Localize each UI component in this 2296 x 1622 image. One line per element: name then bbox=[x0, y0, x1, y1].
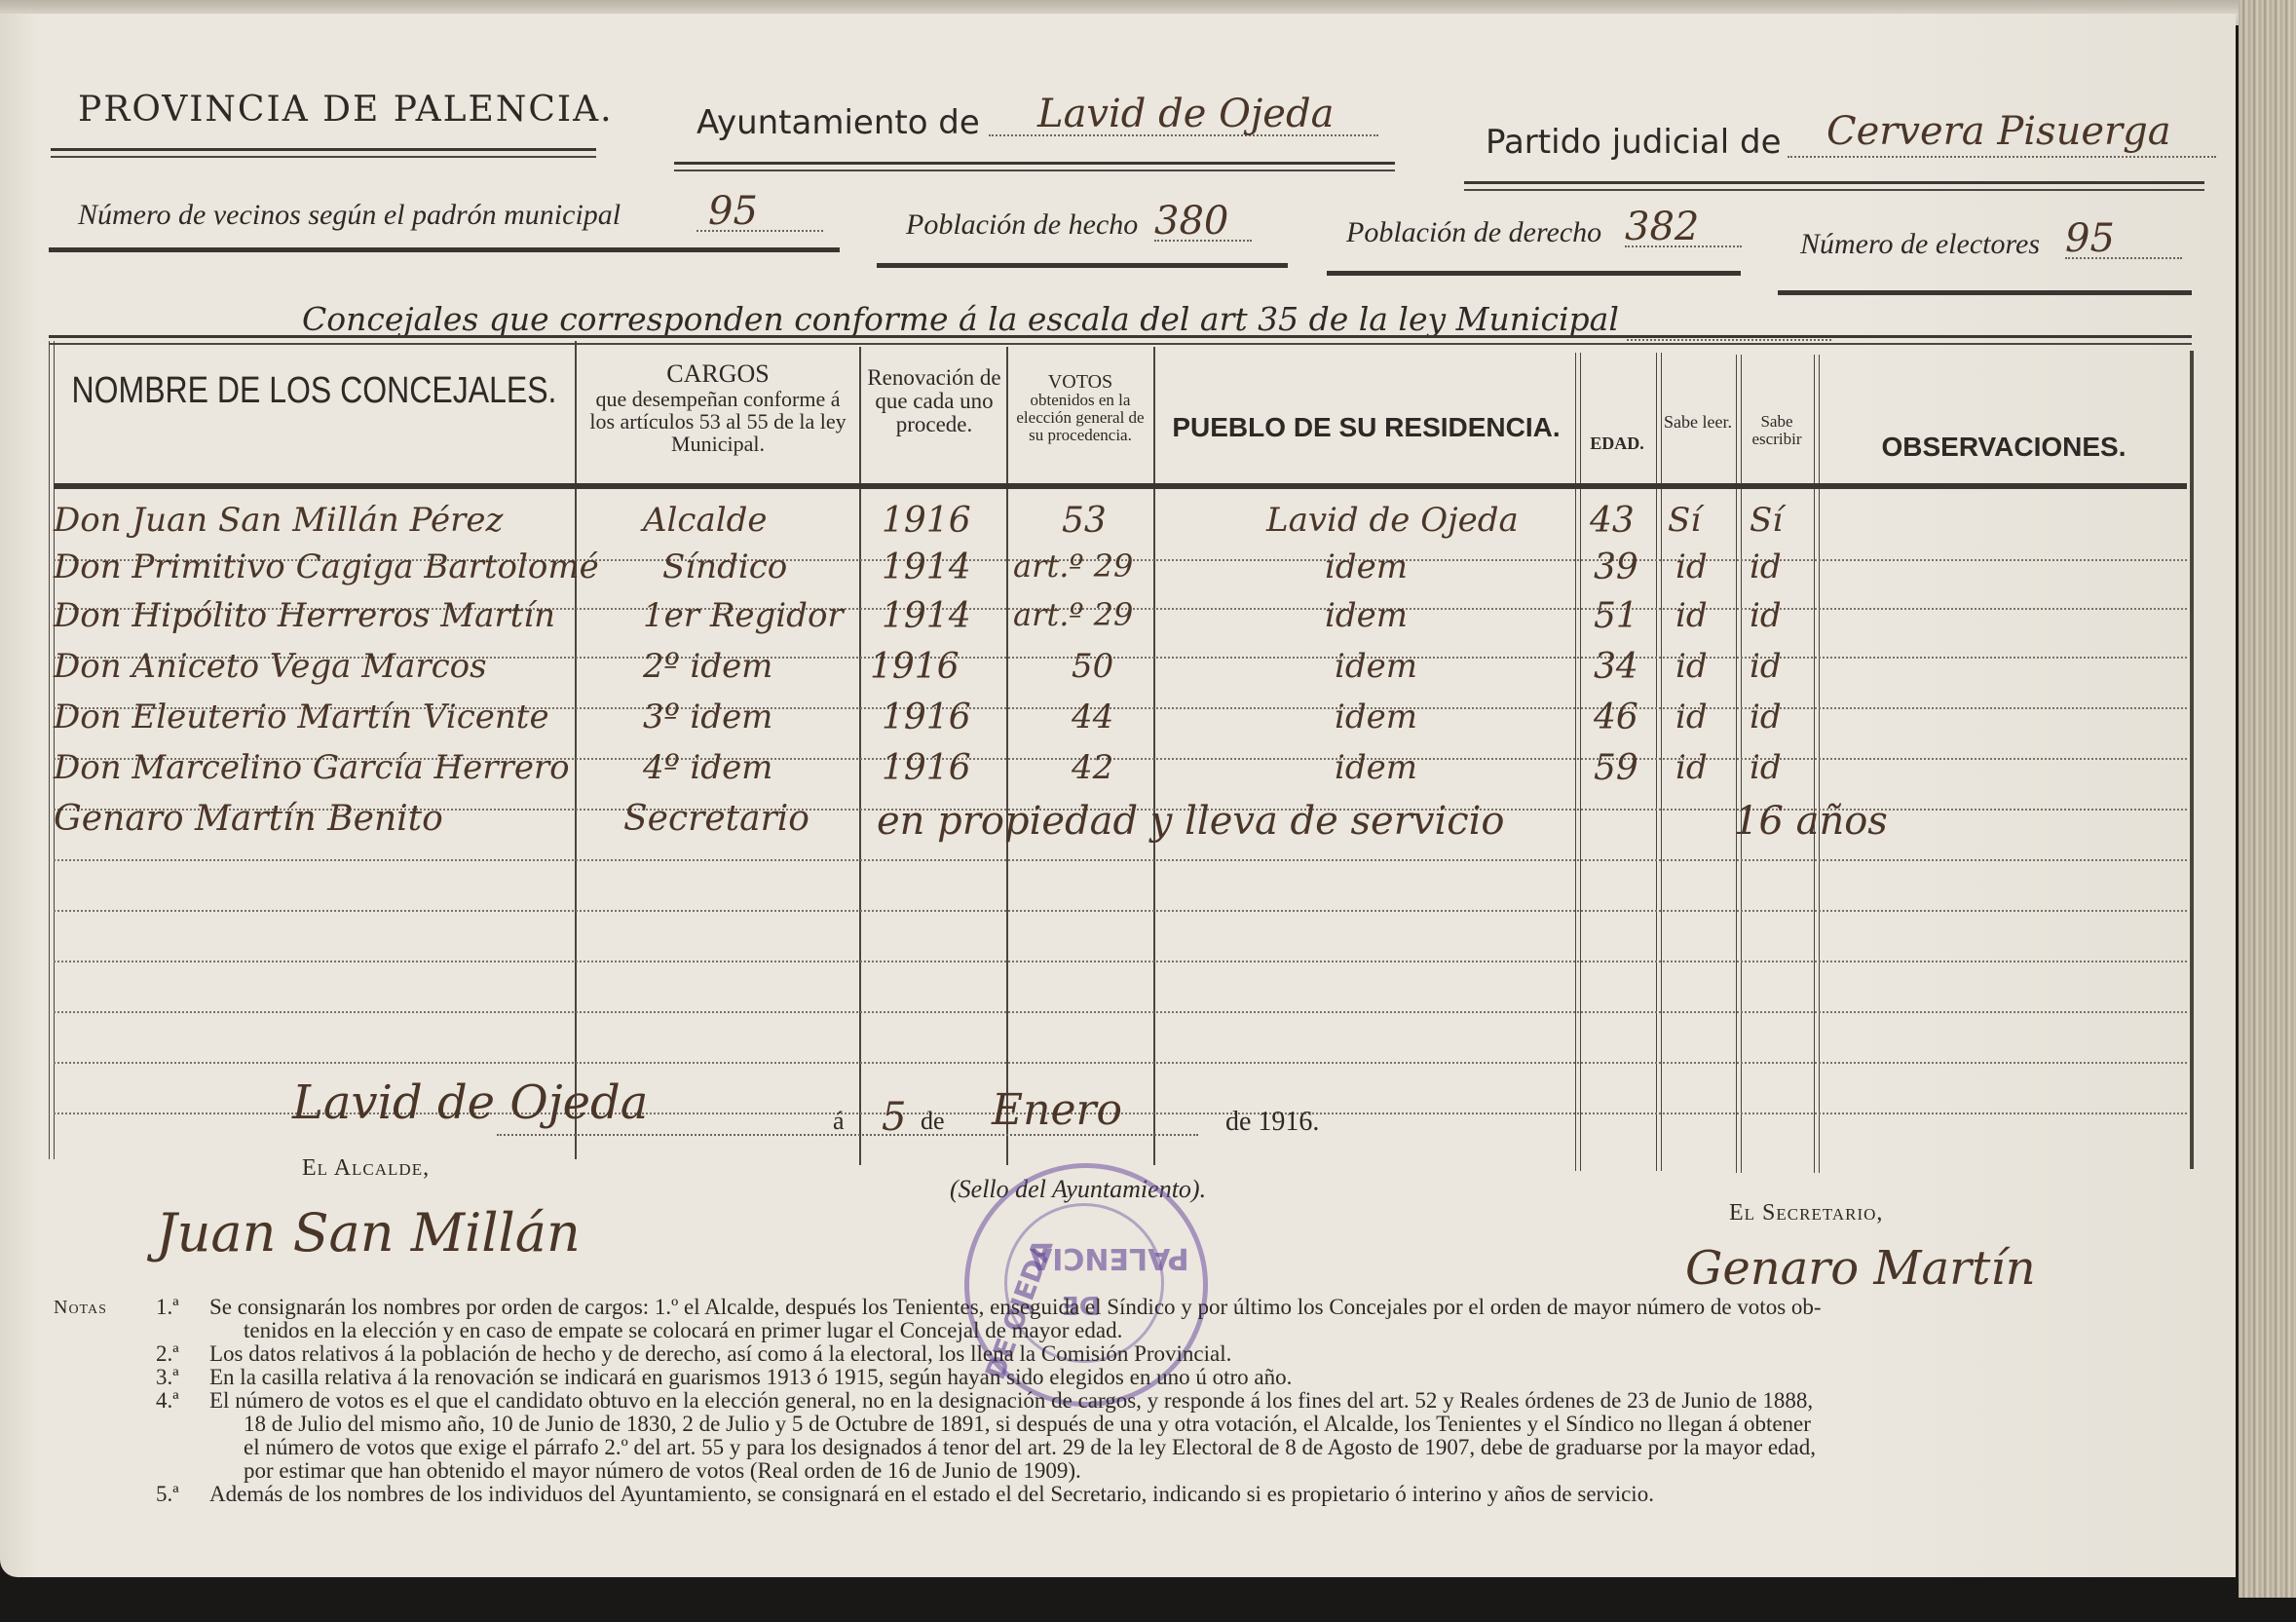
row-line bbox=[54, 859, 2187, 861]
header-bottom-rule bbox=[54, 483, 2187, 489]
stamp-text-center: PALENCIA bbox=[1030, 1241, 1189, 1275]
col-divider bbox=[1736, 355, 1742, 1173]
cell-pueblo: idem bbox=[1335, 647, 1417, 686]
cell-votos: art.º 29 bbox=[1013, 547, 1133, 585]
header-nombre: NOMBRE DE LOS CONCEJALES. bbox=[58, 371, 570, 410]
cell-escribir: id bbox=[1750, 647, 1782, 686]
footer-month: Enero bbox=[992, 1085, 1122, 1135]
header-votos-title: VOTOS bbox=[1011, 372, 1149, 393]
cell-nombre: Don Juan San Millán Pérez bbox=[54, 501, 503, 540]
header-pueblo: PUEBLO DE SU RESIDENCIA. bbox=[1159, 413, 1573, 441]
footer-year: de 1916. bbox=[1225, 1107, 1319, 1138]
cell-renovacion: 1914 bbox=[882, 596, 971, 636]
row-line bbox=[54, 1011, 2187, 1013]
cell-edad: 39 bbox=[1594, 547, 1638, 587]
cell-escribir: id bbox=[1750, 596, 1782, 635]
cell-escribir: id bbox=[1750, 698, 1782, 736]
footer-day: 5 bbox=[882, 1095, 906, 1140]
cell-pueblo: idem bbox=[1335, 698, 1417, 736]
vecinos-label: Número de vecinos según el padrón munici… bbox=[78, 199, 621, 232]
cell-pueblo: idem bbox=[1325, 547, 1408, 586]
partido-value: Cervera Pisuerga bbox=[1788, 109, 2216, 158]
header-escribir: Sabe escribir bbox=[1742, 413, 1812, 448]
cell-votos: 50 bbox=[1072, 647, 1113, 686]
cell-renovacion: 1916 bbox=[882, 748, 971, 788]
note-4-cont3: por estimar que han obtenido el mayor nú… bbox=[244, 1459, 1081, 1483]
note-3-num: 3.ª bbox=[156, 1366, 179, 1389]
electores-rule bbox=[1778, 290, 2192, 295]
poblacion-derecho-rule bbox=[1327, 271, 1741, 276]
cell-edad: 51 bbox=[1594, 596, 1638, 636]
cell-edad: 46 bbox=[1594, 698, 1638, 737]
header-leer: Sabe leer. bbox=[1662, 413, 1734, 432]
electores-label: Número de electores bbox=[1800, 228, 2040, 261]
cell-renovacion: 1916 bbox=[870, 647, 960, 687]
poblacion-hecho-value: 380 bbox=[1154, 199, 1252, 242]
cell-cargo: 3º idem bbox=[643, 698, 772, 736]
notes-title: Notas bbox=[54, 1296, 107, 1319]
cell-nombre: Don Aniceto Vega Marcos bbox=[54, 647, 487, 686]
note-3-text: En la casilla relativa á la renovación s… bbox=[209, 1366, 1292, 1389]
cell-escribir: id bbox=[1750, 547, 1782, 586]
header-edad: EDAD. bbox=[1580, 434, 1654, 453]
row-line bbox=[54, 1062, 2187, 1064]
row-line bbox=[54, 910, 2187, 912]
header-votos-sub: obtenidos en la elección general de su p… bbox=[1011, 392, 1149, 444]
col-divider bbox=[1814, 355, 1820, 1173]
note-5-text: Además de los nombres de los individuos … bbox=[209, 1483, 1654, 1506]
col-divider bbox=[1575, 353, 1581, 1171]
document-page: PROVINCIA DE PALENCIA. Ayuntamiento de L… bbox=[0, 14, 2236, 1577]
cell-nombre: Don Hipólito Herreros Martín bbox=[54, 596, 555, 635]
cell-cargo: Secretario bbox=[623, 799, 809, 839]
cell-votos: 44 bbox=[1072, 698, 1113, 736]
col-divider bbox=[1153, 347, 1155, 1165]
note-4-cont: 18 de Julio del mismo año, 10 de Junio d… bbox=[244, 1413, 1811, 1436]
table-subtitle: Concejales que corresponden conforme á l… bbox=[302, 300, 1619, 338]
cell-cargo: 1er Regidor bbox=[643, 596, 844, 635]
poblacion-derecho-value: 382 bbox=[1625, 205, 1742, 247]
cell-leer: id bbox=[1675, 647, 1708, 686]
cell-leer: Sí bbox=[1668, 501, 1701, 540]
cell-leer: id bbox=[1675, 698, 1708, 736]
footer-a: á bbox=[833, 1107, 845, 1136]
ayuntamiento-rule bbox=[674, 162, 1395, 165]
cell-edad: 34 bbox=[1594, 647, 1638, 687]
poblacion-hecho-label: Población de hecho bbox=[906, 208, 1138, 242]
partido-rule bbox=[1464, 181, 2204, 184]
cell-secretary-years: 16 años bbox=[1734, 799, 1888, 844]
header-observaciones: OBSERVACIONES. bbox=[1820, 433, 2188, 461]
secretario-signature: Genaro Martín bbox=[1685, 1241, 2036, 1296]
col-divider bbox=[575, 341, 577, 1159]
cell-edad: 43 bbox=[1590, 501, 1635, 541]
alcalde-signature: Juan San Millán bbox=[156, 1202, 581, 1264]
vecinos-rule bbox=[49, 247, 840, 252]
note-4-text: El número de votos es el que el candidat… bbox=[209, 1389, 1813, 1413]
cell-votos: 42 bbox=[1072, 748, 1113, 787]
note-5-num: 5.ª bbox=[156, 1483, 179, 1506]
cell-leer: id bbox=[1675, 596, 1708, 635]
header-cargos-title: CARGOS bbox=[581, 360, 855, 387]
alcalde-label: El Alcalde, bbox=[302, 1155, 430, 1182]
note-2-text: Los datos relativos á la población de he… bbox=[209, 1342, 1231, 1366]
cell-edad: 59 bbox=[1594, 748, 1638, 788]
province-rule bbox=[51, 148, 596, 151]
note-1-num: 1.ª bbox=[156, 1296, 179, 1319]
col-divider bbox=[1656, 353, 1662, 1171]
note-1-cont: tenidos en la elección y en caso de empa… bbox=[244, 1319, 1122, 1342]
cell-votos: art.º 29 bbox=[1013, 596, 1133, 633]
secretario-label: El Secretario, bbox=[1729, 1200, 1883, 1226]
poblacion-hecho-rule bbox=[877, 263, 1288, 268]
table-top-rule bbox=[49, 335, 2192, 338]
cell-leer: id bbox=[1675, 547, 1708, 586]
partido-label: Partido judicial de bbox=[1486, 123, 1782, 162]
cell-escribir: Sí bbox=[1750, 501, 1783, 540]
cell-cargo: Alcalde bbox=[643, 501, 768, 540]
ayuntamiento-label: Ayuntamiento de bbox=[696, 103, 980, 142]
subtitle-dots bbox=[1627, 339, 1831, 341]
cell-nombre: Don Marcelino García Herrero bbox=[54, 748, 570, 787]
cell-pueblo: idem bbox=[1335, 748, 1417, 787]
cell-escribir: id bbox=[1750, 748, 1782, 787]
note-1-text: Se consignarán los nombres por orden de … bbox=[209, 1296, 2197, 1319]
note-4-cont2: el número de votos que exige el párrafo … bbox=[244, 1436, 1816, 1459]
footer-de: de bbox=[921, 1107, 945, 1136]
cell-pueblo: Lavid de Ojeda bbox=[1266, 501, 1519, 540]
note-4-num: 4.ª bbox=[156, 1389, 179, 1413]
cell-cargo: 2º idem bbox=[643, 647, 772, 686]
ayuntamiento-value: Lavid de Ojeda bbox=[989, 92, 1378, 136]
vecinos-value: 95 bbox=[696, 189, 823, 232]
book-page-stack bbox=[2239, 0, 2296, 1598]
cell-nombre: Don Eleuterio Martín Vicente bbox=[54, 698, 549, 736]
province-title: PROVINCIA DE PALENCIA. bbox=[78, 90, 614, 130]
poblacion-derecho-label: Población de derecho bbox=[1346, 216, 1601, 249]
col-divider bbox=[1006, 347, 1008, 1165]
cell-votos: 53 bbox=[1062, 501, 1107, 541]
cell-secretary-note: en propiedad y lleva de servicio bbox=[877, 799, 1505, 844]
header-renovacion: Renovación de que cada uno procede. bbox=[865, 366, 1003, 436]
row-line bbox=[54, 961, 2187, 962]
electores-value: 95 bbox=[2065, 216, 2182, 259]
cell-nombre: Genaro Martín Benito bbox=[54, 799, 443, 839]
note-2-num: 2.ª bbox=[156, 1342, 179, 1366]
header-cargos-sub: que desempeñan conforme á los artículos … bbox=[581, 388, 855, 455]
cell-cargo: Síndico bbox=[662, 547, 787, 586]
cell-nombre: Don Primitivo Cagiga Bartolomé bbox=[54, 547, 599, 586]
cell-leer: id bbox=[1675, 748, 1708, 787]
cell-cargo: 4º idem bbox=[643, 748, 772, 787]
cell-renovacion: 1916 bbox=[882, 698, 971, 737]
col-divider bbox=[859, 347, 861, 1165]
cell-renovacion: 1916 bbox=[882, 501, 971, 541]
cell-renovacion: 1914 bbox=[882, 547, 971, 587]
footer-place: Lavid de Ojeda bbox=[292, 1075, 648, 1130]
table-right-border bbox=[2190, 351, 2194, 1169]
cell-pueblo: idem bbox=[1325, 596, 1408, 635]
